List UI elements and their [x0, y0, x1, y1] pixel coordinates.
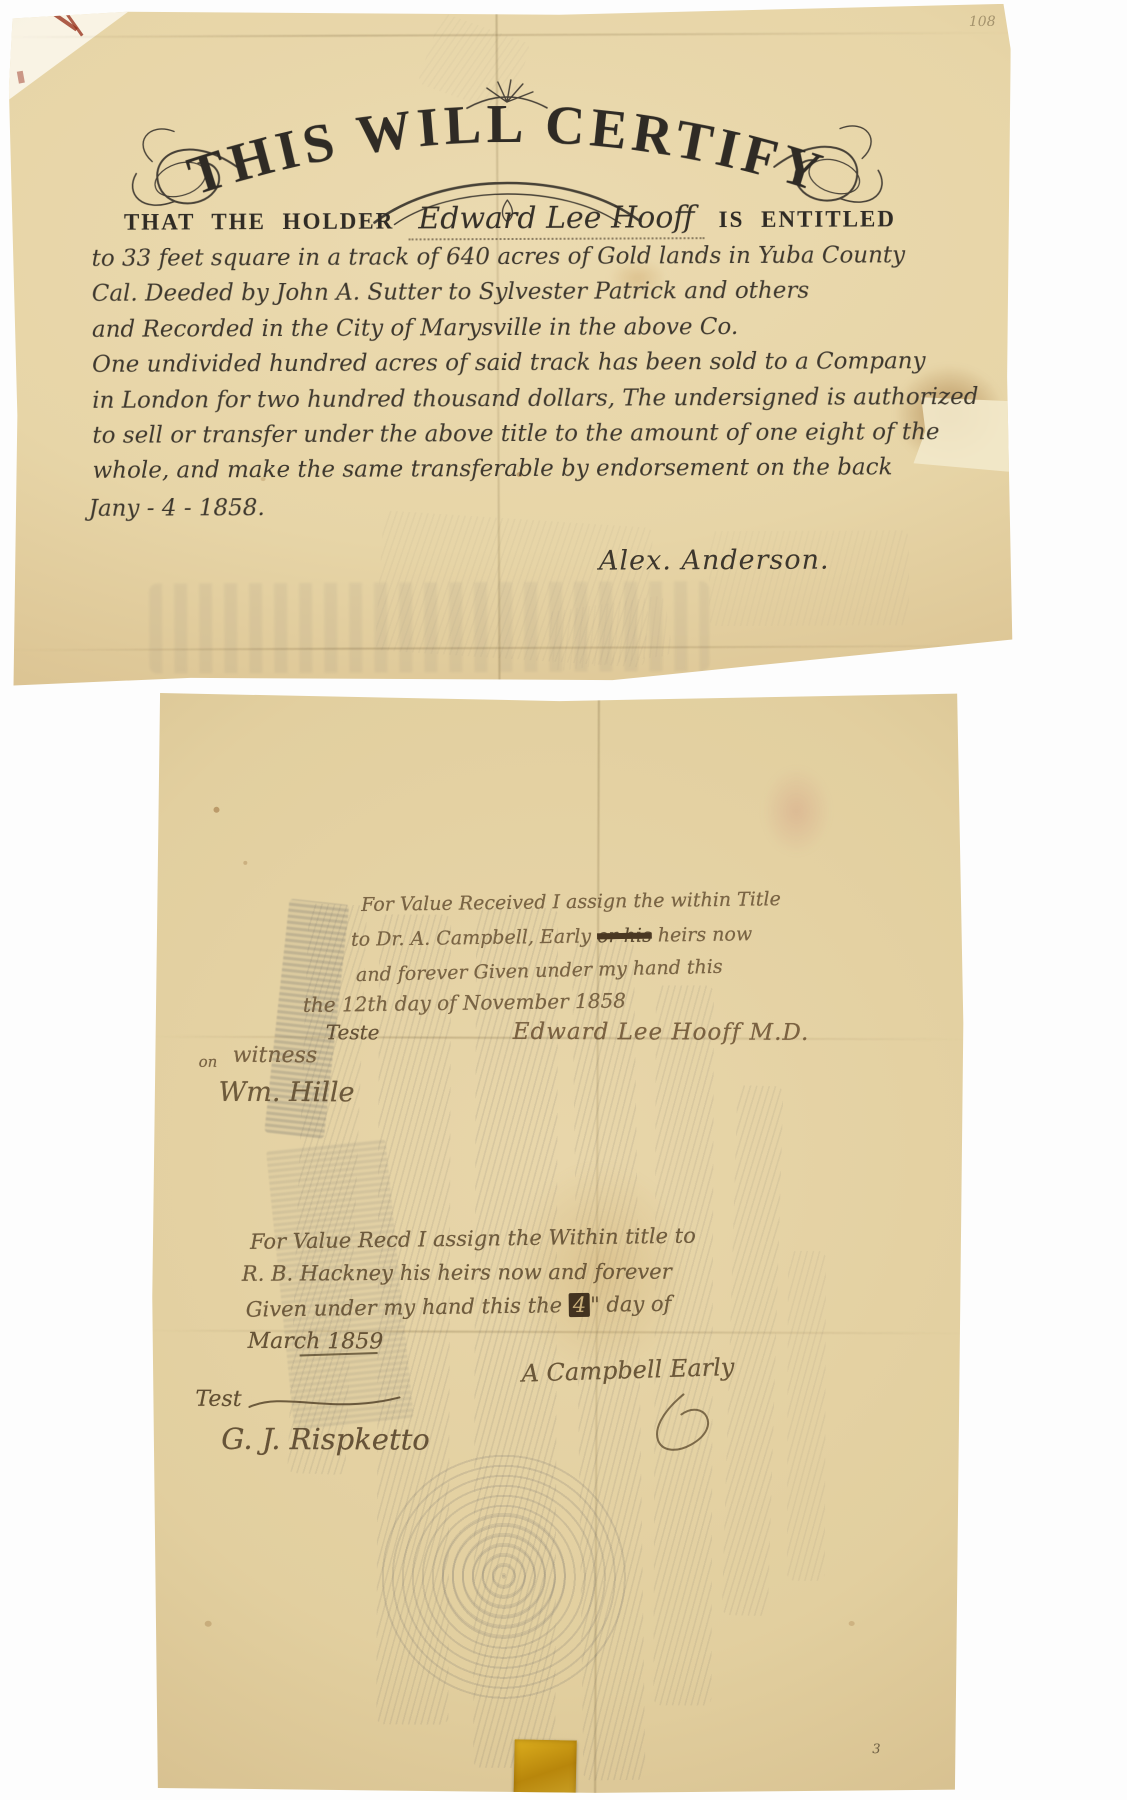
endorsement1-line: to Dr. A. Campbell, Early or his heirs n… — [351, 923, 752, 951]
holder-prefix: THAT THE HOLDER — [124, 209, 395, 236]
foxing-spot — [213, 807, 219, 813]
body-line: One undivided hundred acres of said trac… — [92, 344, 972, 383]
struck-words: or his — [597, 925, 652, 948]
witness-signature: G. J. Rispketto — [221, 1422, 430, 1457]
endorsement1-line: For Value Received I assign the within T… — [361, 888, 781, 916]
flourish-ornament — [619, 1390, 759, 1470]
body-line: whole, and make the same transferable by… — [92, 450, 972, 489]
svg-text:THIS WILL CERTIFY: THIS WILL CERTIFY — [180, 92, 834, 207]
body-line: in London for two hundred thousand dolla… — [92, 380, 972, 419]
tape-fragment — [514, 1739, 577, 1797]
certificate-back-page: For Value Received I assign the within T… — [148, 689, 967, 1798]
showthrough-ghost — [722, 1085, 784, 1616]
certificate-front-page: 108 — [7, 2, 1015, 688]
attestation-word: Test — [195, 1387, 241, 1412]
issuer-signature: Alex. Anderson. — [599, 545, 830, 577]
endorsement1-line: the 12th day of November 1858 — [303, 988, 626, 1017]
attestation-word: Teste — [326, 1020, 380, 1044]
showthrough-ghost — [787, 1251, 826, 1581]
endorsement2-line: R. B. Hackney his heirs now and forever — [242, 1260, 672, 1286]
endorser-signature: Edward Lee Hooff M.D. — [513, 1019, 810, 1046]
endorsement1-line-part: to Dr. A. Campbell, Early — [351, 925, 597, 950]
ghost-seal-ring — [439, 1510, 569, 1640]
flourish-ornament — [245, 1389, 405, 1418]
holder-line: THAT THE HOLDER Edward Lee Hooff IS ENTI… — [7, 199, 1012, 242]
certificate-body: to 33 feet square in a track of 640 acre… — [92, 238, 973, 490]
endorsement2-line-part: Given under my hand this the — [246, 1293, 569, 1322]
foxing-spot — [205, 1621, 212, 1627]
endorsement2-line: March 1859 — [248, 1329, 384, 1354]
witness-label: witness — [233, 1043, 318, 1068]
blotted-day: 4 — [569, 1293, 591, 1317]
body-line: to 33 feet square in a track of 640 acre… — [92, 238, 972, 277]
witness-prefix: on — [199, 1053, 218, 1071]
body-line: Cal. Deeded by John A. Sutter to Sylvest… — [92, 273, 972, 312]
foxing-spot — [849, 1621, 855, 1626]
certificate-date: Jany - 4 - 1858. — [89, 495, 265, 522]
certificate-title: THIS WILL CERTIFY — [180, 92, 834, 207]
foxing-spot — [243, 861, 247, 865]
endorsement2-line-part: " day of — [590, 1292, 672, 1317]
holder-suffix: IS ENTITLED — [719, 206, 896, 233]
holder-name-handwritten: Edward Lee Hooff — [408, 200, 704, 240]
pencil-note: 108 — [969, 14, 996, 30]
endorsement1-line-part: heirs now — [652, 923, 753, 946]
stain — [761, 766, 831, 856]
pencil-mark: 3 — [872, 1742, 880, 1757]
scanned-certificate: 108 — [0, 0, 1127, 1800]
body-line: and Recorded in the City of Marysville i… — [92, 309, 972, 348]
witness-signature: Wm. Hille — [218, 1077, 354, 1108]
body-line: to sell or transfer under the above titl… — [92, 415, 972, 454]
